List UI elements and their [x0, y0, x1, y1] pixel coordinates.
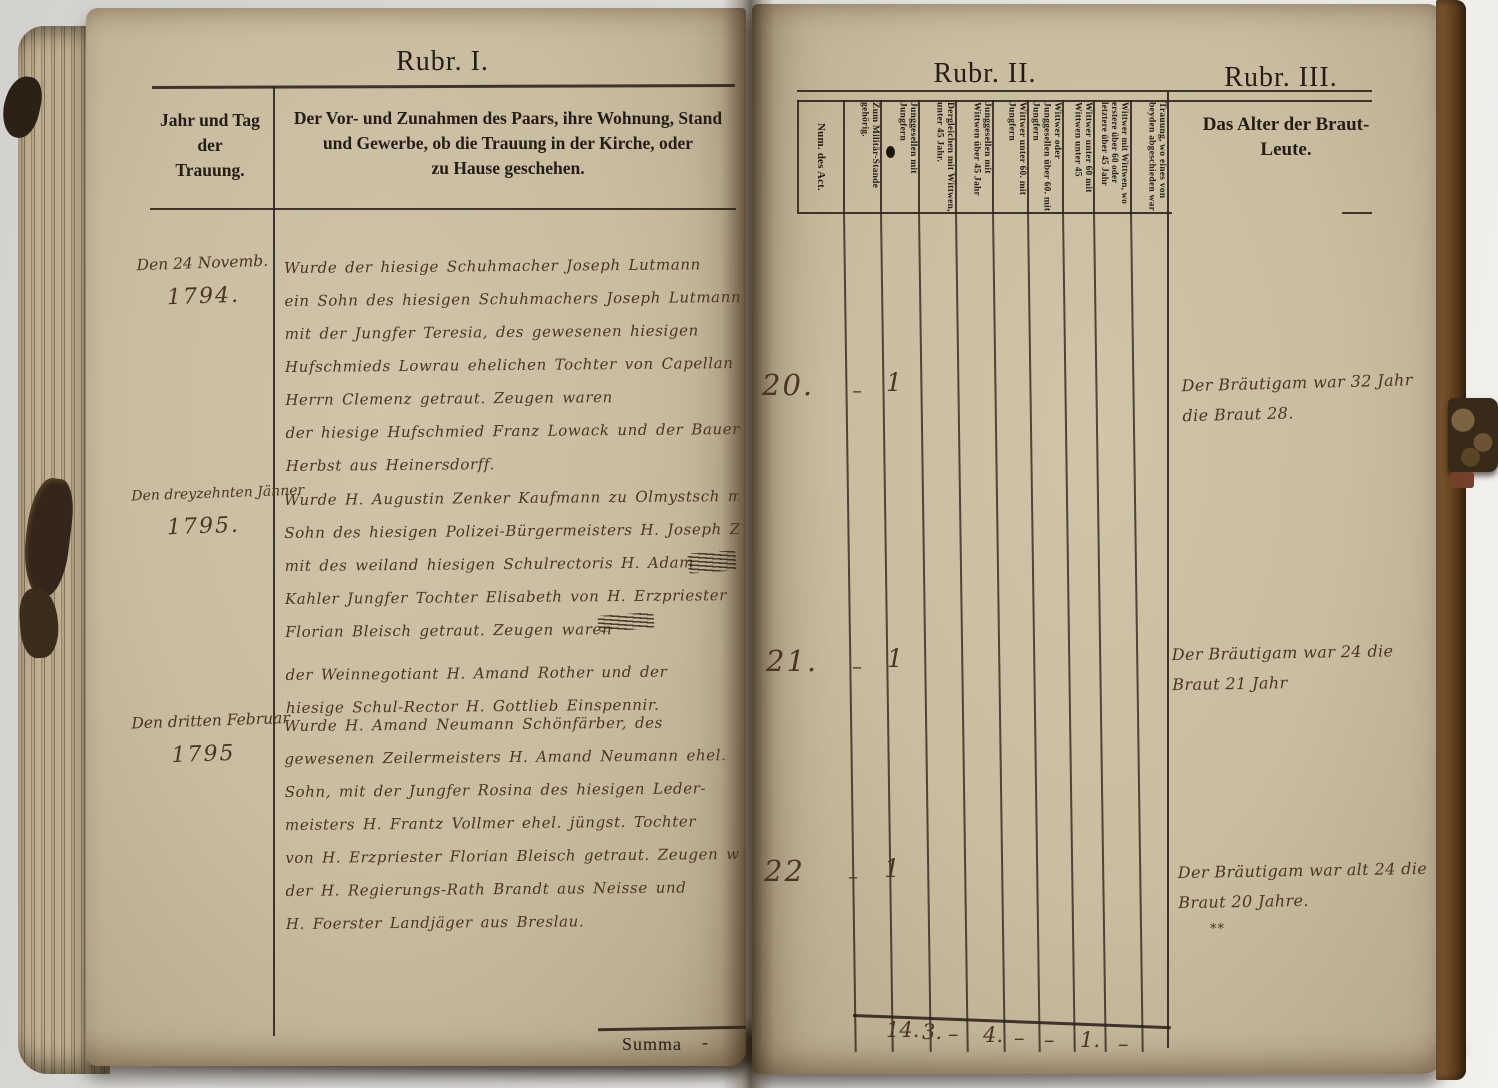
- left-header-bottom-rule: [150, 208, 736, 210]
- names-column-header-line: zu Hause geschehen.: [282, 156, 734, 181]
- summa-value: 4.: [983, 1023, 1003, 1047]
- rubric-2-title: Rubr. II.: [930, 58, 1040, 90]
- leather-clasp-tab: [1448, 398, 1498, 472]
- entry-1-line: Herbst aus Heinersdorff.: [286, 446, 741, 483]
- entry-2-date: Den dreyzehnten Jänner 1795.: [131, 484, 275, 542]
- entry-2-line: mit des weiland hiesigen Schulrectoris H…: [285, 546, 740, 583]
- date-column-header-line: Trauung.: [148, 158, 272, 183]
- entry-3-line: von H. Erzpriester Florian Bleisch getra…: [285, 838, 740, 875]
- row-3-age-line: Braut 20 Jahre.: [1178, 884, 1428, 918]
- entry-3-line: Wurde H. Amand Neumann Schönfärber, des: [284, 706, 739, 743]
- column-header-wittwer-ue60-jungfern: Wittwer oder Junggesellen über 60. mit J…: [1027, 100, 1063, 212]
- entry-1-text: Wurde der hiesige Schuhmacher Joseph Lut…: [284, 248, 741, 483]
- age-column-header: Das Alter der Braut- Leute.: [1180, 112, 1392, 162]
- summa-value: 1.: [1080, 1028, 1100, 1052]
- entry-1-date-year: 1794.: [132, 282, 275, 312]
- column-header-dergleichen-wittwen: Dergleichen mit Wittwen, unter 45 Jahr.: [918, 100, 956, 212]
- row-3-tally-value: 1: [884, 854, 900, 883]
- entry-2-text: Wurde H. Augustin Zenker Kaufmann zu Olm…: [284, 480, 741, 725]
- entry-2-date-year: 1795.: [132, 512, 275, 542]
- summa-dash: -: [702, 1032, 709, 1053]
- summa-label: Summa: [622, 1034, 682, 1055]
- count-table-header-bottom-rule: [797, 212, 1172, 214]
- entry-2-line: Sohn des hiesigen Polizei-Bürgermeisters…: [284, 513, 739, 550]
- entry-1-line: mit der Jungfer Teresia, des gewesenen h…: [285, 314, 740, 351]
- age-column-rule-stub: [1342, 212, 1372, 214]
- entry-3-date: Den dritten Februar 1795: [131, 710, 275, 770]
- date-column-header-line: der: [148, 133, 272, 158]
- column-header-trauung-abgeschieden: Trauung, wo eines von beyden abgeschiede…: [1130, 100, 1168, 212]
- age-column-header-line: Das Alter der Braut-: [1180, 112, 1392, 137]
- column-header-num-des-act: Num. des Act.: [797, 100, 844, 212]
- row-2-age-note: Der Bräutigam war 24 die Braut 21 Jahr: [1171, 636, 1422, 700]
- left-column-divider-line: [273, 86, 275, 1036]
- summa-value: 14.: [886, 1018, 919, 1042]
- entry-3-line: H. Foerster Landjäger aus Breslau.: [286, 904, 741, 941]
- names-column-header-line: Der Vor- und Zunahmen des Paars, ihre Wo…: [282, 106, 734, 131]
- entry-2-line: Wurde H. Augustin Zenker Kaufmann zu Olm…: [284, 480, 739, 517]
- row-3-age-note: Der Bräutigam war alt 24 die Braut 20 Ja…: [1177, 854, 1428, 918]
- entry-3-line: der H. Regierungs-Rath Brandt aus Neisse…: [285, 871, 740, 908]
- row-2-act-number: 21.: [766, 644, 818, 678]
- row-2-age-line: Der Bräutigam war 24 die: [1171, 636, 1421, 670]
- summa-value: –: [1014, 1026, 1025, 1050]
- column-header-wittwer-wittwen-ue60: Wittwer mit Wittwen, wo erstere über 60 …: [1093, 100, 1131, 212]
- column-header-wittwer-u60-jungfern: Wittwer unter 60. mit Jungfern: [992, 100, 1028, 212]
- row-2-militair-value: –: [852, 654, 862, 678]
- names-column-header-line: und Gewerbe, ob die Trauung in der Kirch…: [282, 131, 734, 156]
- entry-3-date-day: Den dritten Februar: [131, 710, 274, 733]
- entry-1-line: der hiesige Hufschmied Franz Lowack und …: [285, 413, 740, 450]
- column-header-militair: Zum Militär-Stande gehörig.: [843, 100, 881, 212]
- entry-1-line: Hufschmieds Lowrau ehelichen Tochter von…: [285, 347, 740, 384]
- row-2-tally-value: 1: [887, 644, 903, 673]
- footnote-mark: **: [1210, 922, 1225, 937]
- row-2-age-line: Braut 21 Jahr: [1172, 666, 1422, 700]
- row-3-act-number: 22: [764, 854, 805, 888]
- book-cover-edge: [1436, 0, 1466, 1080]
- entry-3-line: meisters H. Frantz Vollmer ehel. jüngst.…: [285, 805, 740, 842]
- column-header-junggesellen-jungfern: Junggesellen mit Jungfern: [880, 100, 919, 212]
- entry-2-line: der Weinnegotiant H. Amand Rother und de…: [285, 655, 740, 692]
- clasp-remnant-small: [1450, 472, 1474, 488]
- summa-value: 3.: [922, 1020, 942, 1044]
- column-header-wittwer-u60-wittwen-u45: Wittwer unter 60 mit Wittwen unter 45: [1062, 100, 1094, 212]
- summa-value: –: [1044, 1028, 1055, 1052]
- row-1-age-note: Der Bräutigam war 32 Jahr die Braut 28.: [1181, 365, 1432, 432]
- ink-blot: [886, 146, 895, 158]
- date-column-header: Jahr und Tag der Trauung.: [148, 108, 272, 183]
- row-1-act-number: 20.: [762, 368, 814, 402]
- summa-value: –: [1118, 1032, 1129, 1056]
- names-column-header: Der Vor- und Zunahmen des Paars, ihre Wo…: [282, 106, 734, 181]
- row-3-age-line: Der Bräutigam war alt 24 die: [1177, 854, 1427, 888]
- entry-1-date-day: Den 24 Novemb.: [131, 252, 274, 275]
- row-1-tally-value: 1: [886, 368, 902, 397]
- entry-1-line: Wurde der hiesige Schuhmacher Joseph Lut…: [284, 248, 739, 285]
- entry-3-line: Sohn, mit der Jungfer Rosina des hiesige…: [285, 772, 740, 809]
- date-column-header-line: Jahr und Tag: [148, 108, 272, 133]
- entry-1-line: Herrn Clemenz getraut. Zeugen waren: [285, 380, 740, 417]
- rubric-1-title: Rubr. I.: [150, 46, 735, 78]
- entry-1-date: Den 24 Novemb. 1794.: [131, 252, 275, 312]
- crossed-out-word: [687, 550, 736, 573]
- entry-3-date-year: 1795: [132, 740, 275, 770]
- entry-1-line: ein Sohn des hiesigen Schuhmachers Josep…: [284, 281, 739, 318]
- entry-3-line: gewesenen Zeilermeisters H. Amand Neuman…: [284, 739, 739, 776]
- column-header-junggesellen-wittwen-ue45: Junggesellen mit Wittwen über 45 Jahr: [955, 100, 993, 212]
- entry-2-line: Kahler Jungfer Tochter Elisabeth von H. …: [285, 579, 740, 616]
- register-book-spread: Rubr. I. Jahr und Tag der Trauung. Der V…: [0, 0, 1498, 1088]
- summa-value: –: [948, 1022, 959, 1046]
- rubric-2-3-divider-line: [1167, 92, 1169, 1048]
- row-1-militair-value: –: [852, 378, 862, 402]
- entry-3-text: Wurde H. Amand Neumann Schönfärber, des …: [284, 706, 741, 941]
- entry-2-line: Florian Bleisch getraut. Zeugen waren: [285, 612, 740, 649]
- age-column-header-line: Leute.: [1180, 137, 1392, 162]
- row-3-militair-value: –: [848, 864, 858, 888]
